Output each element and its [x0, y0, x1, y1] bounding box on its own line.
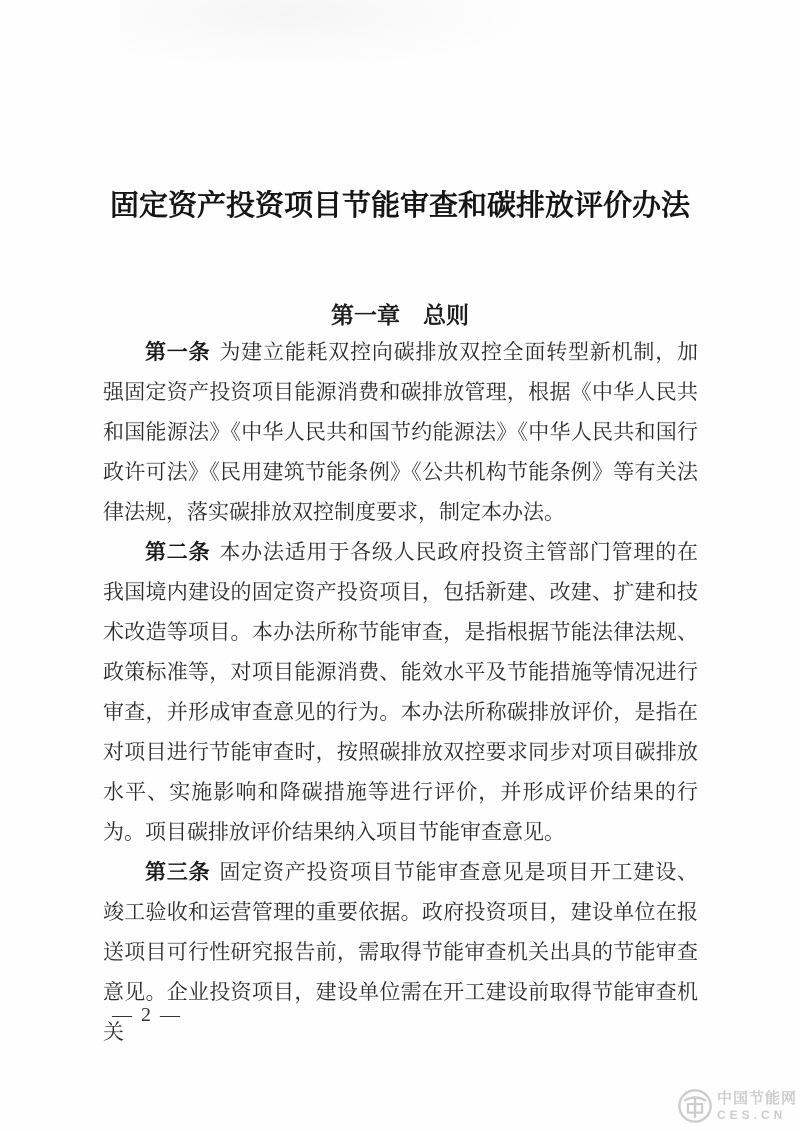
paragraph-article-3: 第三条固定资产投资项目节能审查意见是项目开工建设、竣工验收和运营管理的重要依据。… — [103, 852, 698, 1052]
watermark-domain: CES.CN — [717, 1109, 797, 1121]
page-number: — 2 — — [112, 1000, 182, 1030]
article-2-label: 第二条 — [145, 540, 210, 564]
document-body: 第一条为建立能耗双控向碳排放双控全面转型新机制，加强固定资产投资项目能源消费和碳… — [103, 332, 698, 1052]
watermark: 中国节能网 CES.CN — [676, 1087, 797, 1125]
watermark-site-name: 中国节能网 — [717, 1091, 797, 1106]
article-3-text: 固定资产投资项目节能审查意见是项目开工建设、竣工验收和运营管理的重要依据。政府投… — [103, 860, 698, 1044]
ces-logo-icon — [676, 1087, 714, 1125]
article-1-label: 第一条 — [145, 340, 210, 364]
document-page: 固定资产投资项目节能审查和碳排放评价办法 第一章 总则 第一条为建立能耗双控向碳… — [0, 0, 800, 1131]
paragraph-article-1: 第一条为建立能耗双控向碳排放双控全面转型新机制，加强固定资产投资项目能源消费和碳… — [103, 332, 698, 532]
article-1-text: 为建立能耗双控向碳排放双控全面转型新机制，加强固定资产投资项目能源消费和碳排放管… — [103, 340, 698, 524]
article-3-label: 第三条 — [145, 860, 210, 884]
document-title: 固定资产投资项目节能审查和碳排放评价办法 — [0, 185, 800, 227]
scan-noise-artifact — [120, 0, 540, 70]
watermark-text: 中国节能网 CES.CN — [717, 1091, 797, 1121]
paragraph-article-2: 第二条本办法适用于各级人民政府投资主管部门管理的在我国境内建设的固定资产投资项目… — [103, 532, 698, 852]
chapter-heading: 第一章 总则 — [0, 300, 800, 330]
article-2-text: 本办法适用于各级人民政府投资主管部门管理的在我国境内建设的固定资产投资项目，包括… — [103, 540, 698, 844]
